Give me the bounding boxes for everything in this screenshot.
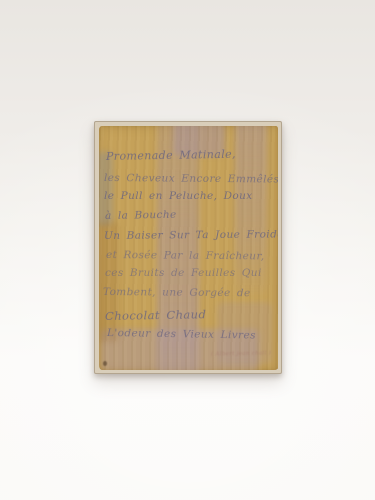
poem-line: ces Bruits de Feuilles Qui [105,267,262,279]
poem-line: Promenade Matinale, [106,148,236,163]
pinhole-mark [103,361,107,366]
poem-line: le Pull en Peluche, Doux [104,190,253,202]
poem-line: à la Bouche [105,209,177,222]
poem-line: Tombent, une Gorgée de [103,286,251,299]
poem-line: L'odeur des Vieux Livres [107,327,256,342]
poem-line: Un Baiser Sur Ta Joue Froide [104,228,278,242]
poem-text: Promenade Matinale, les Cheveux Encore E… [99,126,278,370]
photo-backdrop: Promenade Matinale, les Cheveux Encore E… [0,0,375,500]
artist-signature: ( Albert jean chall ) [211,350,271,357]
poem-line: Chocolat Chaud [105,307,206,323]
poem-line: et Rosée Par la Fraîcheur, [106,249,265,262]
poem-line: les Cheveux Encore Emmêlés [104,172,278,186]
paper-mount: Promenade Matinale, les Cheveux Encore E… [94,121,282,374]
artwork-photo: Promenade Matinale, les Cheveux Encore E… [94,121,282,374]
poem-paper: Promenade Matinale, les Cheveux Encore E… [99,126,278,370]
